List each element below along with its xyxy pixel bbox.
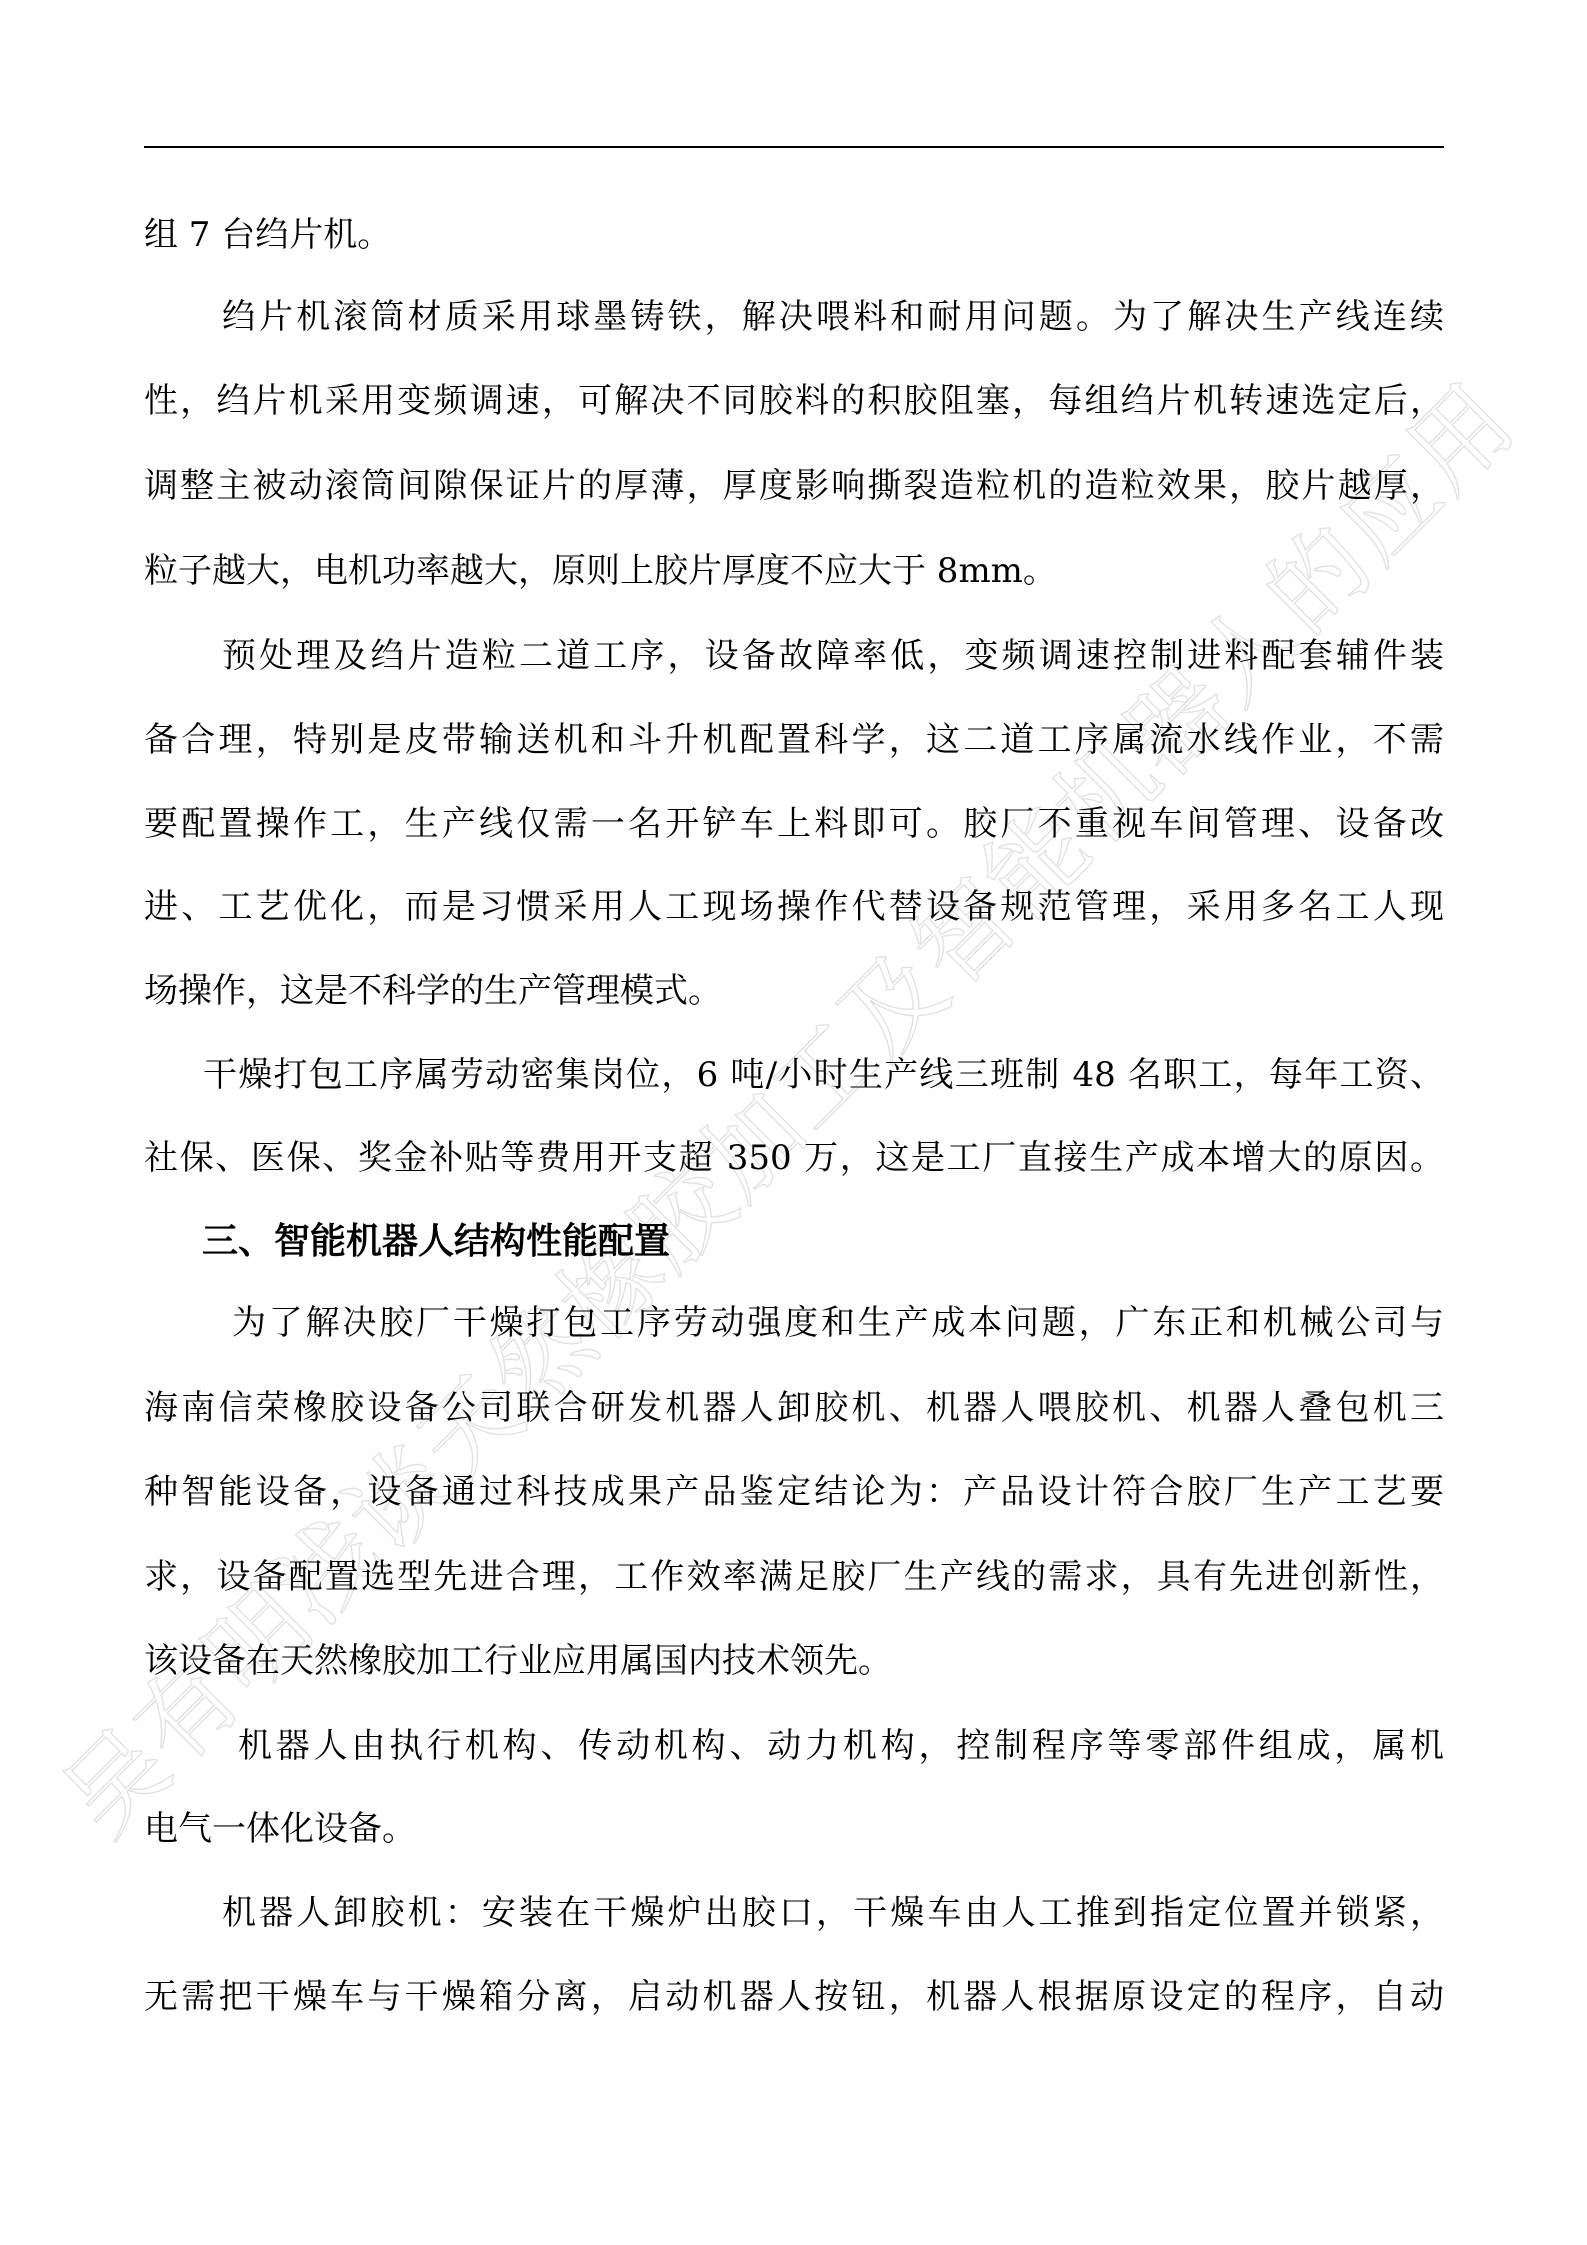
paragraph-line: 预处理及绉片造粒二道工序，设备故障率低，变频调速控制进料配套辅件装 [222, 634, 1444, 678]
paragraph-line: 电气一体化设备。 [144, 1807, 1444, 1851]
paragraph-line: 粒子越大，电机功率越大，原则上胶片厚度不应大于 8mm。 [144, 549, 1444, 593]
paragraph-line: 性，绉片机采用变频调速，可解决不同胶料的积胶阻塞，每组绉片机转速选定后， [144, 379, 1444, 423]
paragraph-line: 机器人由执行机构、传动机构、动力机构，控制程序等零部件组成，属机 [238, 1724, 1444, 1768]
paragraph-line: 进、工艺优化，而是习惯采用人工现场操作代替设备规范管理，采用多名工人现 [144, 885, 1444, 929]
paragraph-line: 场操作，这是不科学的生产管理模式。 [144, 969, 1444, 1013]
paragraph-line: 要配置操作工，生产线仅需一名开铲车上料即可。胶厂不重视车间管理、设备改 [144, 802, 1444, 846]
paragraph-line: 机器人卸胶机：安装在干燥炉出胶口，干燥车由人工推到指定位置并锁紧， [222, 1891, 1444, 1935]
paragraph-line: 无需把干燥车与干燥箱分离，启动机器人按钮，机器人根据原设定的程序，自动 [144, 1975, 1444, 2019]
paragraph-line: 干燥打包工序属劳动密集岗位，6 吨/小时生产线三班制 48 名职工，每年工资、 [203, 1053, 1444, 1097]
paragraph-line: 为了解决胶厂干燥打包工序劳动强度和生产成本问题，广东正和机械公司与 [232, 1301, 1444, 1345]
paragraph-line: 种智能设备，设备通过科技成果产品鉴定结论为：产品设计符合胶厂生产工艺要 [144, 1470, 1444, 1514]
document-page: 吴有明浅谈天然橡胶加工及智能机器人的应用 组 7 台绉片机。 绉片机滚筒材质采用… [0, 0, 1587, 2245]
paragraph-line: 该设备在天然橡胶加工行业应用属国内技术领先。 [144, 1639, 1444, 1683]
paragraph-line: 求，设备配置选型先进合理，工作效率满足胶厂生产线的需求，具有先进创新性， [144, 1555, 1444, 1599]
paragraph-line: 调整主被动滚筒间隙保证片的厚薄，厚度影响撕裂造粒机的造粒效果，胶片越厚， [144, 464, 1444, 508]
paragraph-line: 备合理，特别是皮带输送机和斗升机配置科学，这二道工序属流水线作业，不需 [144, 718, 1444, 762]
paragraph-line: 社保、医保、奖金补贴等费用开支超 350 万，这是工厂直接生产成本增大的原因。 [144, 1136, 1444, 1180]
paragraph-line: 海南信荣橡胶设备公司联合研发机器人卸胶机、机器人喂胶机、机器人叠包机三 [144, 1386, 1444, 1430]
paragraph-line: 组 7 台绉片机。 [144, 213, 1444, 257]
section-heading: 三、智能机器人结构性能配置 [202, 1217, 670, 1265]
paragraph-line: 绉片机滚筒材质采用球墨铸铁，解决喂料和耐用问题。为了解决生产线连续 [222, 295, 1444, 339]
header-rule [144, 146, 1444, 148]
